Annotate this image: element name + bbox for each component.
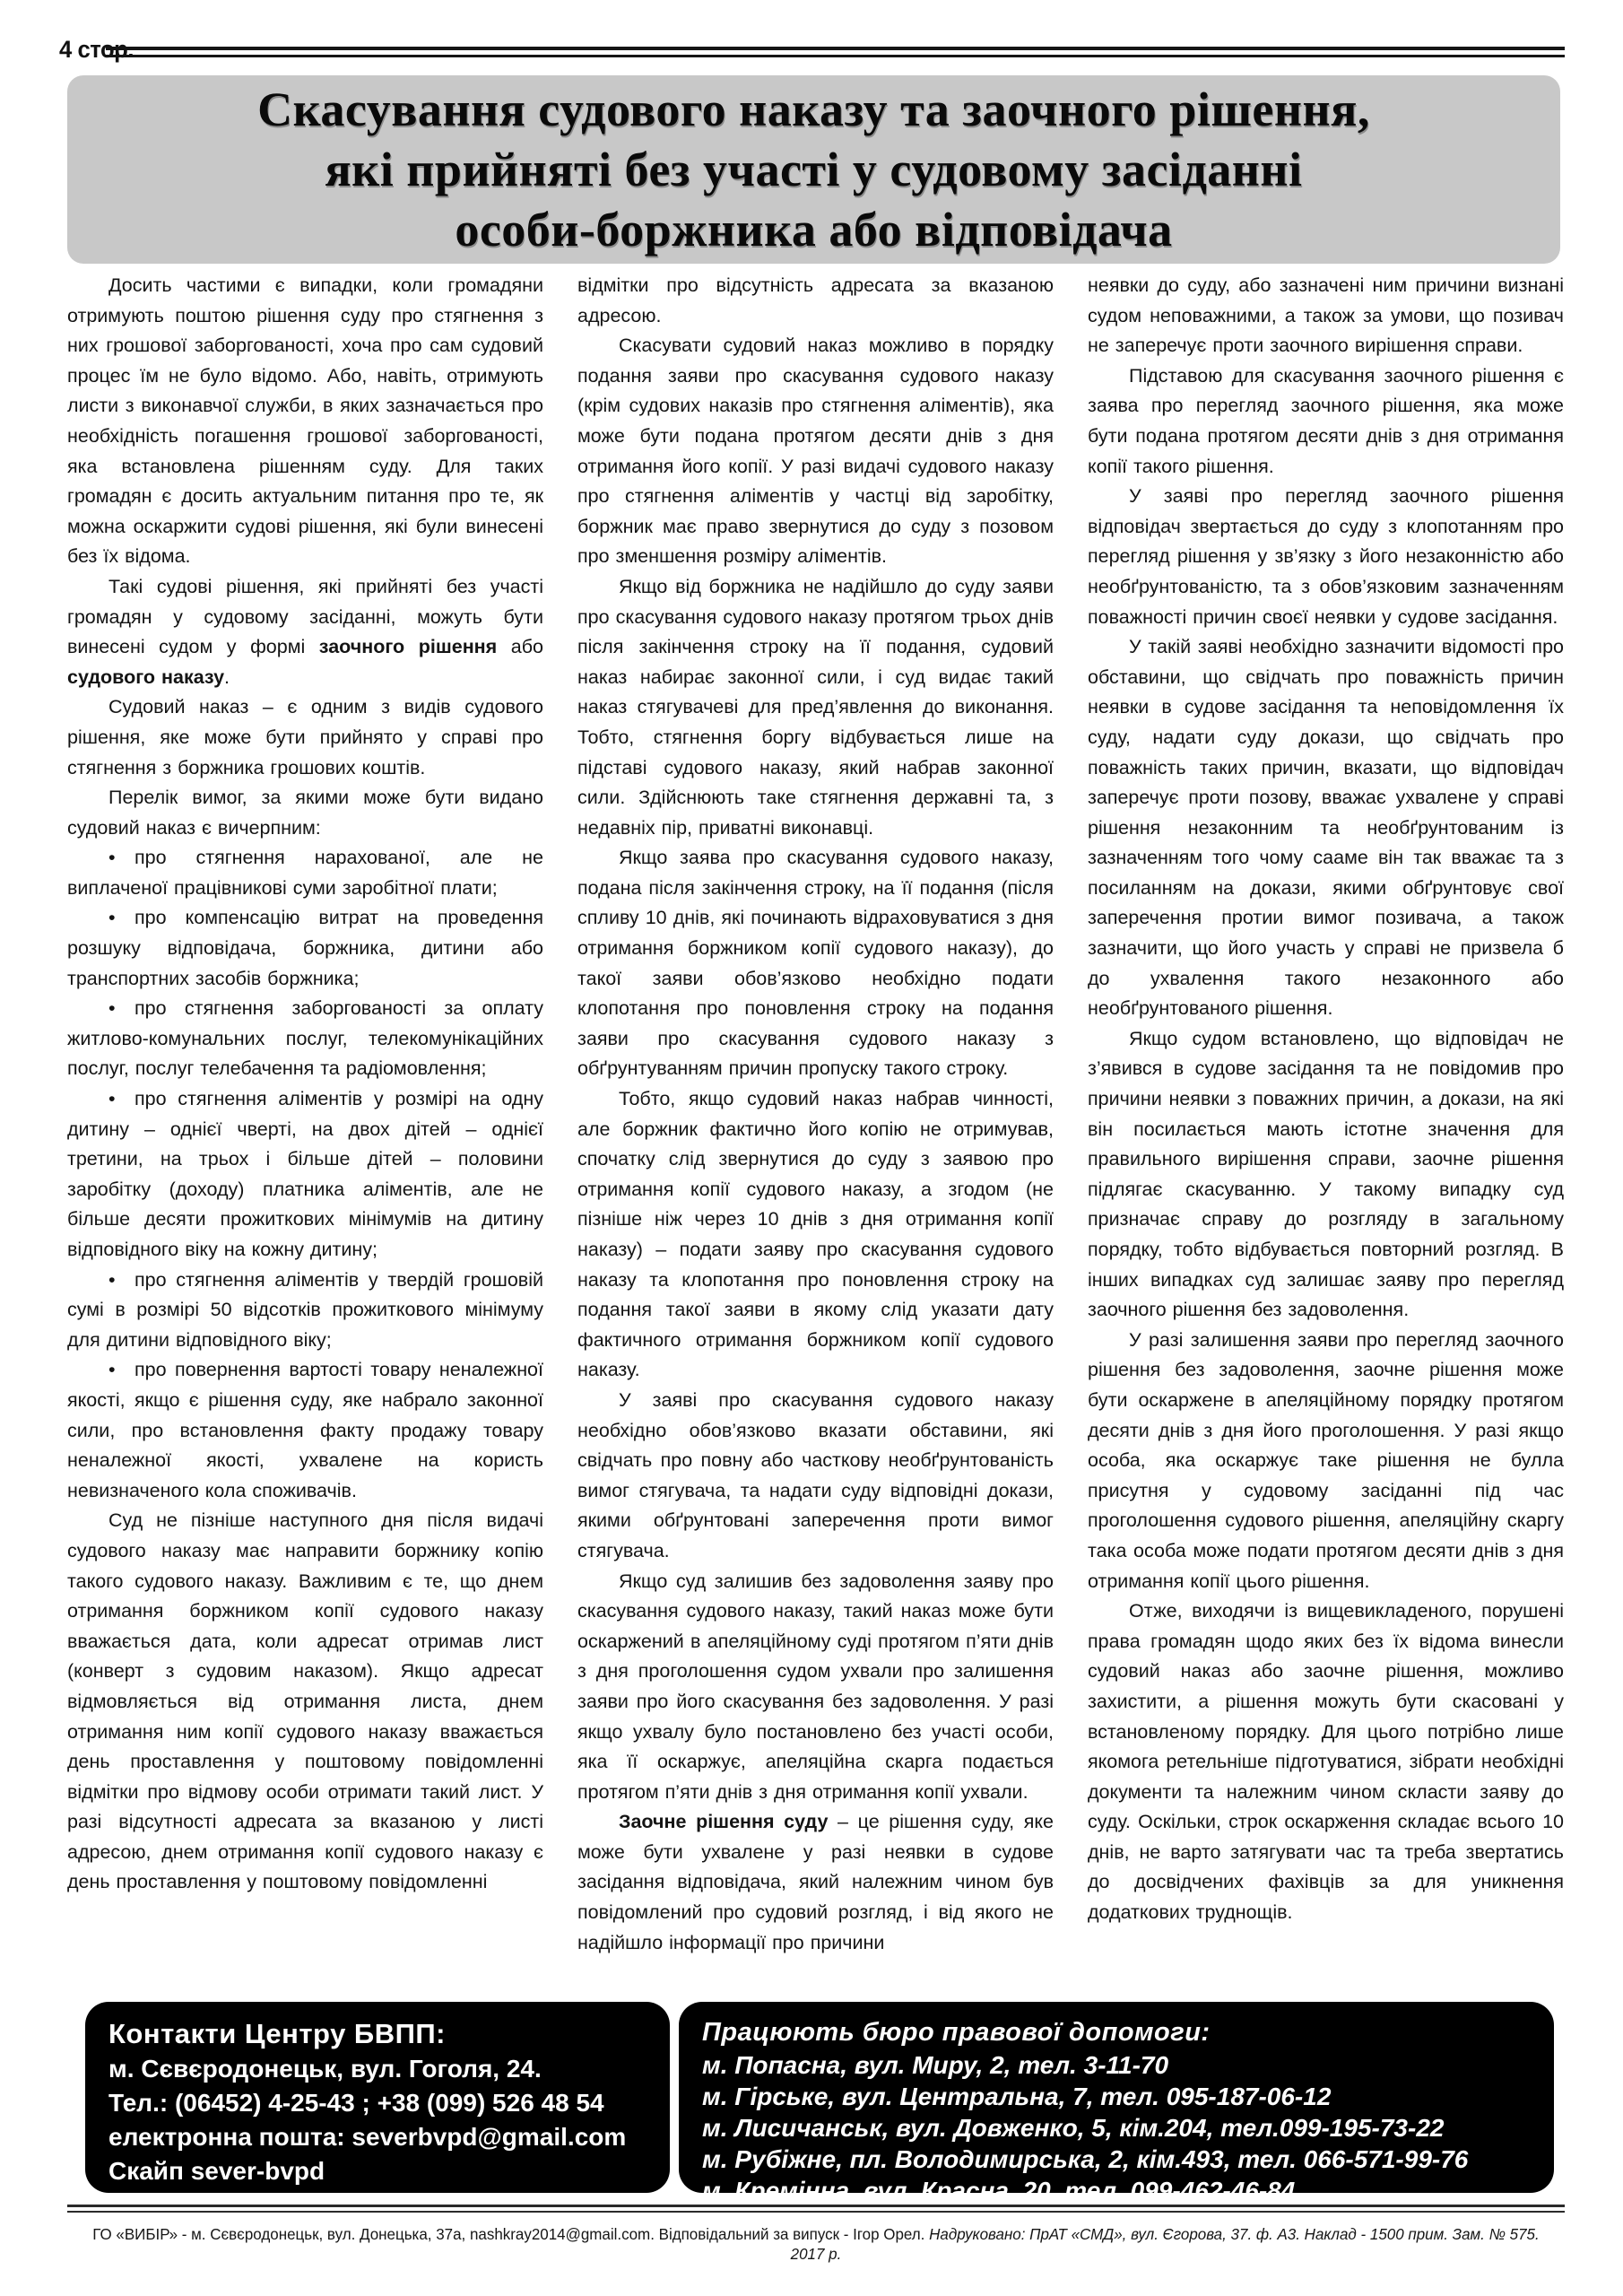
paragraph: Такі судові рішення, які прийняті без уч… <box>67 572 543 692</box>
text-column-2: відмітки про відсутність адресата за вка… <box>577 271 1054 1989</box>
paragraph: • про стягнення заборгованості за оплату… <box>67 994 543 1084</box>
newspaper-page: { "page": { "page_label": "4 стор." }, "… <box>0 0 1623 2296</box>
paragraph: У заяві про скасування судового наказу н… <box>577 1386 1054 1567</box>
paragraph: відмітки про відсутність адресата за вка… <box>577 271 1054 331</box>
article-title-line-3: особи-боржника або відповідача <box>455 200 1172 260</box>
list-item: м. Кремінна, вул. Красна, 20, тел. 099-4… <box>702 2175 1531 2193</box>
legal-aid-center-contacts-box: Контакти Центру БВПП: м. Сєвєродонецьк, … <box>85 2002 670 2193</box>
article-title-line-1: Скасування судового наказу та заочного р… <box>257 80 1370 140</box>
paragraph: Скасувати судовий наказ можливо в порядк… <box>577 331 1054 572</box>
paragraph: Якщо заява про скасування судового наказ… <box>577 843 1054 1084</box>
article-title-line-2: які прийняті без участі у судовому засід… <box>325 140 1302 200</box>
paragraph: Отже, виходячи із вищевикладеного, поруш… <box>1088 1596 1564 1928</box>
list-item: м. Попасна, вул. Миру, 2, тел. 3-11-70 <box>702 2049 1531 2081</box>
list-item: Тел.: (06452) 4-25-43 ; +38 (099) 526 48… <box>108 2086 647 2120</box>
paragraph: Досить частими є випадки, коли громадяни… <box>67 271 543 572</box>
contacts-box-lines: м. Сєвєродонецьк, вул. Гоголя, 24.Тел.: … <box>108 2052 647 2188</box>
paragraph: Судовий наказ – є одним з видів судового… <box>67 692 543 783</box>
imprint-line: ГО «ВИБІР» - м. Сєвєродонецьк, вул. Доне… <box>90 2224 1542 2264</box>
article-title-banner: Скасування судового наказу та заочного р… <box>67 75 1560 264</box>
contacts-box-title: Контакти Центру БВПП: <box>108 2016 647 2052</box>
paragraph: Тобто, якщо судовий наказ набрав чинност… <box>577 1084 1054 1386</box>
paragraph: Якщо судом встановлено, що відповідач не… <box>1088 1024 1564 1326</box>
paragraph: Підставою для скасування заочного рішенн… <box>1088 361 1564 482</box>
paragraph: • про стягнення аліментів у розмірі на о… <box>67 1084 543 1265</box>
masthead-double-rule <box>106 47 1565 57</box>
list-item: м. Сєвєродонецьк, вул. Гоголя, 24. <box>108 2052 647 2086</box>
paragraph: Якщо від боржника не надійшло до суду за… <box>577 572 1054 843</box>
paragraph: Якщо суд залишив без задоволення заяву п… <box>577 1567 1054 1808</box>
paragraph: • про стягнення аліментів у твердій грош… <box>67 1265 543 1356</box>
bureaus-box-lines: м. Попасна, вул. Миру, 2, тел. 3-11-70м.… <box>702 2049 1531 2193</box>
text-column-3: неявки до суду, або зазначені ним причин… <box>1088 271 1564 1989</box>
footer-double-rule <box>67 2205 1565 2213</box>
legal-aid-bureaus-box: Працюють бюро правової допомоги: м. Попа… <box>679 2002 1554 2193</box>
paragraph: У разі залишення заяви про перегляд заоч… <box>1088 1326 1564 1596</box>
article-body: Досить частими є випадки, коли громадяни… <box>67 271 1565 1989</box>
contact-boxes-row: Контакти Центру БВПП: м. Сєвєродонецьк, … <box>85 2002 1554 2193</box>
paragraph: Перелік вимог, за якими може бути видано… <box>67 783 543 843</box>
bureaus-box-title: Працюють бюро правової допомоги: <box>702 2016 1531 2049</box>
text-column-1: Досить частими є випадки, коли громадяни… <box>67 271 543 1989</box>
list-item: Скайп sever-bvpd <box>108 2154 647 2188</box>
imprint-publisher: ГО «ВИБІР» - м. Сєвєродонецьк, вул. Доне… <box>92 2225 929 2243</box>
paragraph: • про повернення вартості товару неналеж… <box>67 1355 543 1506</box>
list-item: м. Лисичанськ, вул. Довженко, 5, кім.204… <box>702 2112 1531 2144</box>
paragraph: У заяві про перегляд заочного рішення ві… <box>1088 482 1564 632</box>
paragraph: • про стягнення нарахованої, але не випл… <box>67 843 543 903</box>
list-item: м. Гірське, вул. Центральна, 7, тел. 095… <box>702 2081 1531 2112</box>
paragraph: Заочне рішення суду – це рішення суду, я… <box>577 1807 1054 1958</box>
list-item: електронна пошта: severbvpd@gmail.com <box>108 2120 647 2154</box>
paragraph: неявки до суду, або зазначені ним причин… <box>1088 271 1564 361</box>
paragraph: • про компенсацію витрат на проведення р… <box>67 903 543 994</box>
paragraph: У такій заяві необхідно зазначити відомо… <box>1088 632 1564 1024</box>
list-item: м. Рубіжне, пл. Володимирська, 2, кім.49… <box>702 2144 1531 2175</box>
paragraph: Суд не пізніше наступного дня після вида… <box>67 1506 543 1898</box>
